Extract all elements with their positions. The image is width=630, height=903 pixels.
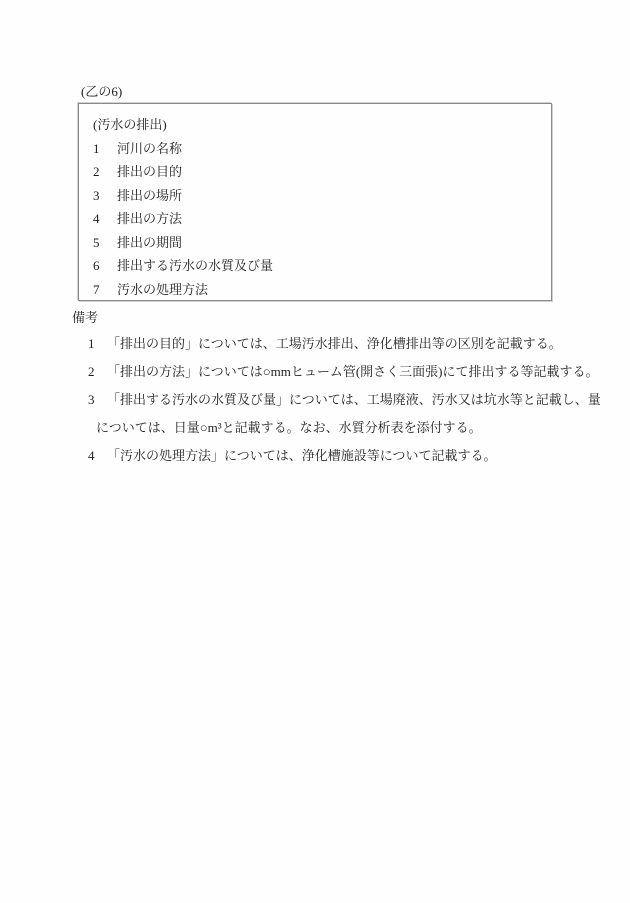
list-item: 1河川の名称	[79, 137, 551, 161]
note-text: 「排出する汚水の水質及び量」については、工場廃液、汚水又は坑水等と記載し、量	[107, 392, 601, 407]
note-number: 4	[88, 442, 107, 470]
form-number-label: (乙の6)	[81, 84, 122, 100]
remarks-notes: 1「排出の目的」については、工場汚水排出、浄化槽排出等の区別を記載する。 2「排…	[72, 330, 617, 470]
note-number: 2	[88, 358, 107, 386]
items-box: (汚水の排出) 1河川の名称 2排出の目的 3排出の場所 4排出の方法 5排出の…	[78, 103, 552, 301]
note-text: 「排出の目的」については、工場汚水排出、浄化槽排出等の区別を記載する。	[107, 336, 562, 351]
list-item: 6排出する汚水の水質及び量	[79, 254, 551, 278]
item-number: 5	[93, 231, 117, 255]
list-item: 7汚水の処理方法	[79, 278, 551, 302]
remark-note: 4「汚水の処理方法」については、浄化槽施設等について記載する。	[72, 442, 617, 470]
item-number: 3	[93, 184, 117, 208]
box-title-text: (汚水の排出)	[93, 117, 167, 132]
remarks-section: 備考 1「排出の目的」については、工場汚水排出、浄化槽排出等の区別を記載する。 …	[72, 308, 617, 470]
note-text: 「排出の方法」については○mmヒューム管(開さく三面張)にて排出する等記載する。	[107, 364, 598, 379]
item-label: 排出する汚水の水質及び量	[117, 258, 273, 273]
item-label: 排出の場所	[117, 188, 182, 203]
note-line: 4「汚水の処理方法」については、浄化槽施設等について記載する。	[72, 442, 617, 470]
box-title: (汚水の排出)	[79, 113, 551, 137]
item-label: 排出の方法	[117, 211, 182, 226]
item-number: 7	[93, 278, 117, 302]
item-label: 河川の名称	[117, 141, 182, 156]
item-number: 6	[93, 254, 117, 278]
note-number: 3	[88, 386, 107, 414]
list-item: 4排出の方法	[79, 207, 551, 231]
note-line-continuation: については、日量○m³と記載する。なお、水質分析表を添付する。	[72, 414, 617, 442]
list-item: 2排出の目的	[79, 160, 551, 184]
remark-note: 3「排出する汚水の水質及び量」については、工場廃液、汚水又は坑水等と記載し、量 …	[72, 386, 617, 442]
item-number: 4	[93, 207, 117, 231]
note-line: 3「排出する汚水の水質及び量」については、工場廃液、汚水又は坑水等と記載し、量	[72, 386, 617, 414]
item-label: 排出の期間	[117, 235, 182, 250]
note-text: については、日量○m³と記載する。なお、水質分析表を添付する。	[96, 420, 482, 435]
remarks-heading: 備考	[72, 308, 617, 328]
list-item: 3排出の場所	[79, 184, 551, 208]
note-number: 1	[88, 330, 107, 358]
item-number: 1	[93, 137, 117, 161]
item-label: 汚水の処理方法	[117, 282, 208, 297]
note-text: 「汚水の処理方法」については、浄化槽施設等について記載する。	[107, 448, 496, 463]
remark-note: 1「排出の目的」については、工場汚水排出、浄化槽排出等の区別を記載する。	[72, 330, 617, 358]
note-line: 2「排出の方法」については○mmヒューム管(開さく三面張)にて排出する等記載する…	[72, 358, 617, 386]
item-label: 排出の目的	[117, 164, 182, 179]
list-item: 5排出の期間	[79, 231, 551, 255]
document-page: (乙の6) (汚水の排出) 1河川の名称 2排出の目的 3排出の場所 4排出の方…	[0, 0, 630, 903]
remark-note: 2「排出の方法」については○mmヒューム管(開さく三面張)にて排出する等記載する…	[72, 358, 617, 386]
note-line: 1「排出の目的」については、工場汚水排出、浄化槽排出等の区別を記載する。	[72, 330, 617, 358]
item-number: 2	[93, 160, 117, 184]
